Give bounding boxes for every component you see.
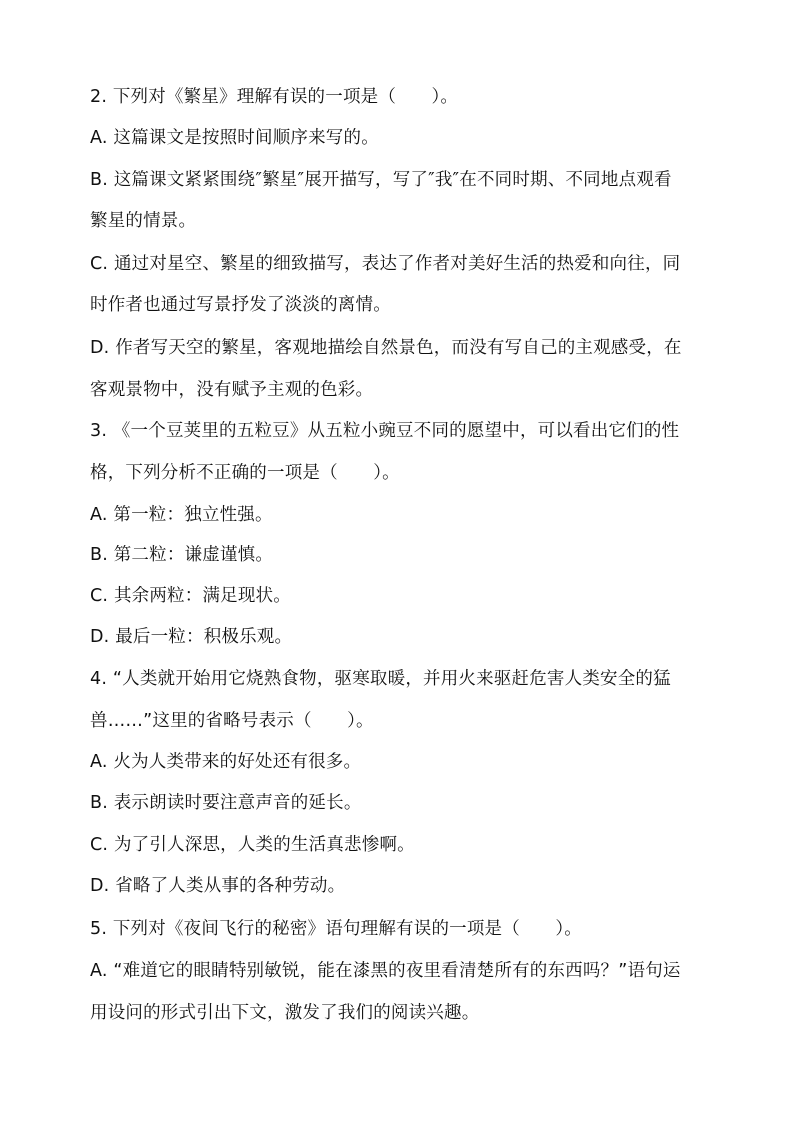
- question-3-option-b: B. 第二粒：谦虚谨慎。: [90, 544, 273, 566]
- question-5-stem: 5. 下列对《夜间飞行的秘密》语句理解有误的一项是（ ）。: [90, 918, 582, 940]
- question-2-option-c-cont: 时作者也通过写景抒发了淡淡的离情。: [90, 294, 391, 316]
- question-4-stem: 4. “人类就开始用它烧熟食物，驱寒取暖，并用火来驱赶危害人类安全的猛: [90, 668, 671, 690]
- question-4-stem-cont: 兽……”这里的省略号表示（ ）。: [90, 710, 374, 732]
- question-3-option-c: C. 其余两粒：满足现状。: [90, 585, 291, 607]
- question-3-stem: 3. 《一个豆荚里的五粒豆》从五粒小豌豆不同的愿望中，可以看出它们的性: [90, 420, 679, 442]
- question-4-option-a: A. 火为人类带来的好处还有很多。: [90, 751, 361, 773]
- question-2-option-b: B. 这篇课文紧紧围绕″繁星″展开描写，写了″我″在不同时期、不同地点观看: [90, 169, 672, 191]
- question-3-option-d: D. 最后一粒：积极乐观。: [90, 626, 292, 648]
- question-2-option-c: C. 通过对星空、繁星的细致描写，表达了作者对美好生活的热爱和向往，同: [90, 253, 680, 275]
- document-page: 2. 下列对《繁星》理解有误的一项是（ ）。 A. 这篇课文是按照时间顺序来写的…: [0, 0, 793, 1122]
- question-4-option-c: C. 为了引人深思，人类的生活真悲惨啊。: [90, 834, 415, 856]
- question-2-stem: 2. 下列对《繁星》理解有误的一项是（ ）。: [90, 86, 458, 108]
- question-2-option-a: A. 这篇课文是按照时间顺序来写的。: [90, 127, 379, 149]
- question-5-option-a: A. “难道它的眼睛特别敏锐，能在漆黑的夜里看清楚所有的东西吗？”语句运: [90, 960, 681, 982]
- question-3-stem-cont: 格，下列分析不正确的一项是（ ）。: [90, 462, 400, 484]
- question-3-option-a: A. 第一粒：独立性强。: [90, 504, 273, 526]
- question-2-option-d: D. 作者写天空的繁星，客观地描绘自然景色，而没有写自己的主观感受，在: [90, 337, 682, 359]
- question-4-option-d: D. 省略了人类从事的各种劳动。: [90, 875, 345, 897]
- question-5-option-a-cont: 用设问的形式引出下文，激发了我们的阅读兴趣。: [90, 1002, 479, 1024]
- question-4-option-b: B. 表示朗读时要注意声音的延长。: [90, 792, 362, 814]
- question-2-option-d-cont: 客观景物中，没有赋予主观的色彩。: [90, 379, 373, 401]
- question-2-option-b-cont: 繁星的情景。: [90, 210, 196, 232]
